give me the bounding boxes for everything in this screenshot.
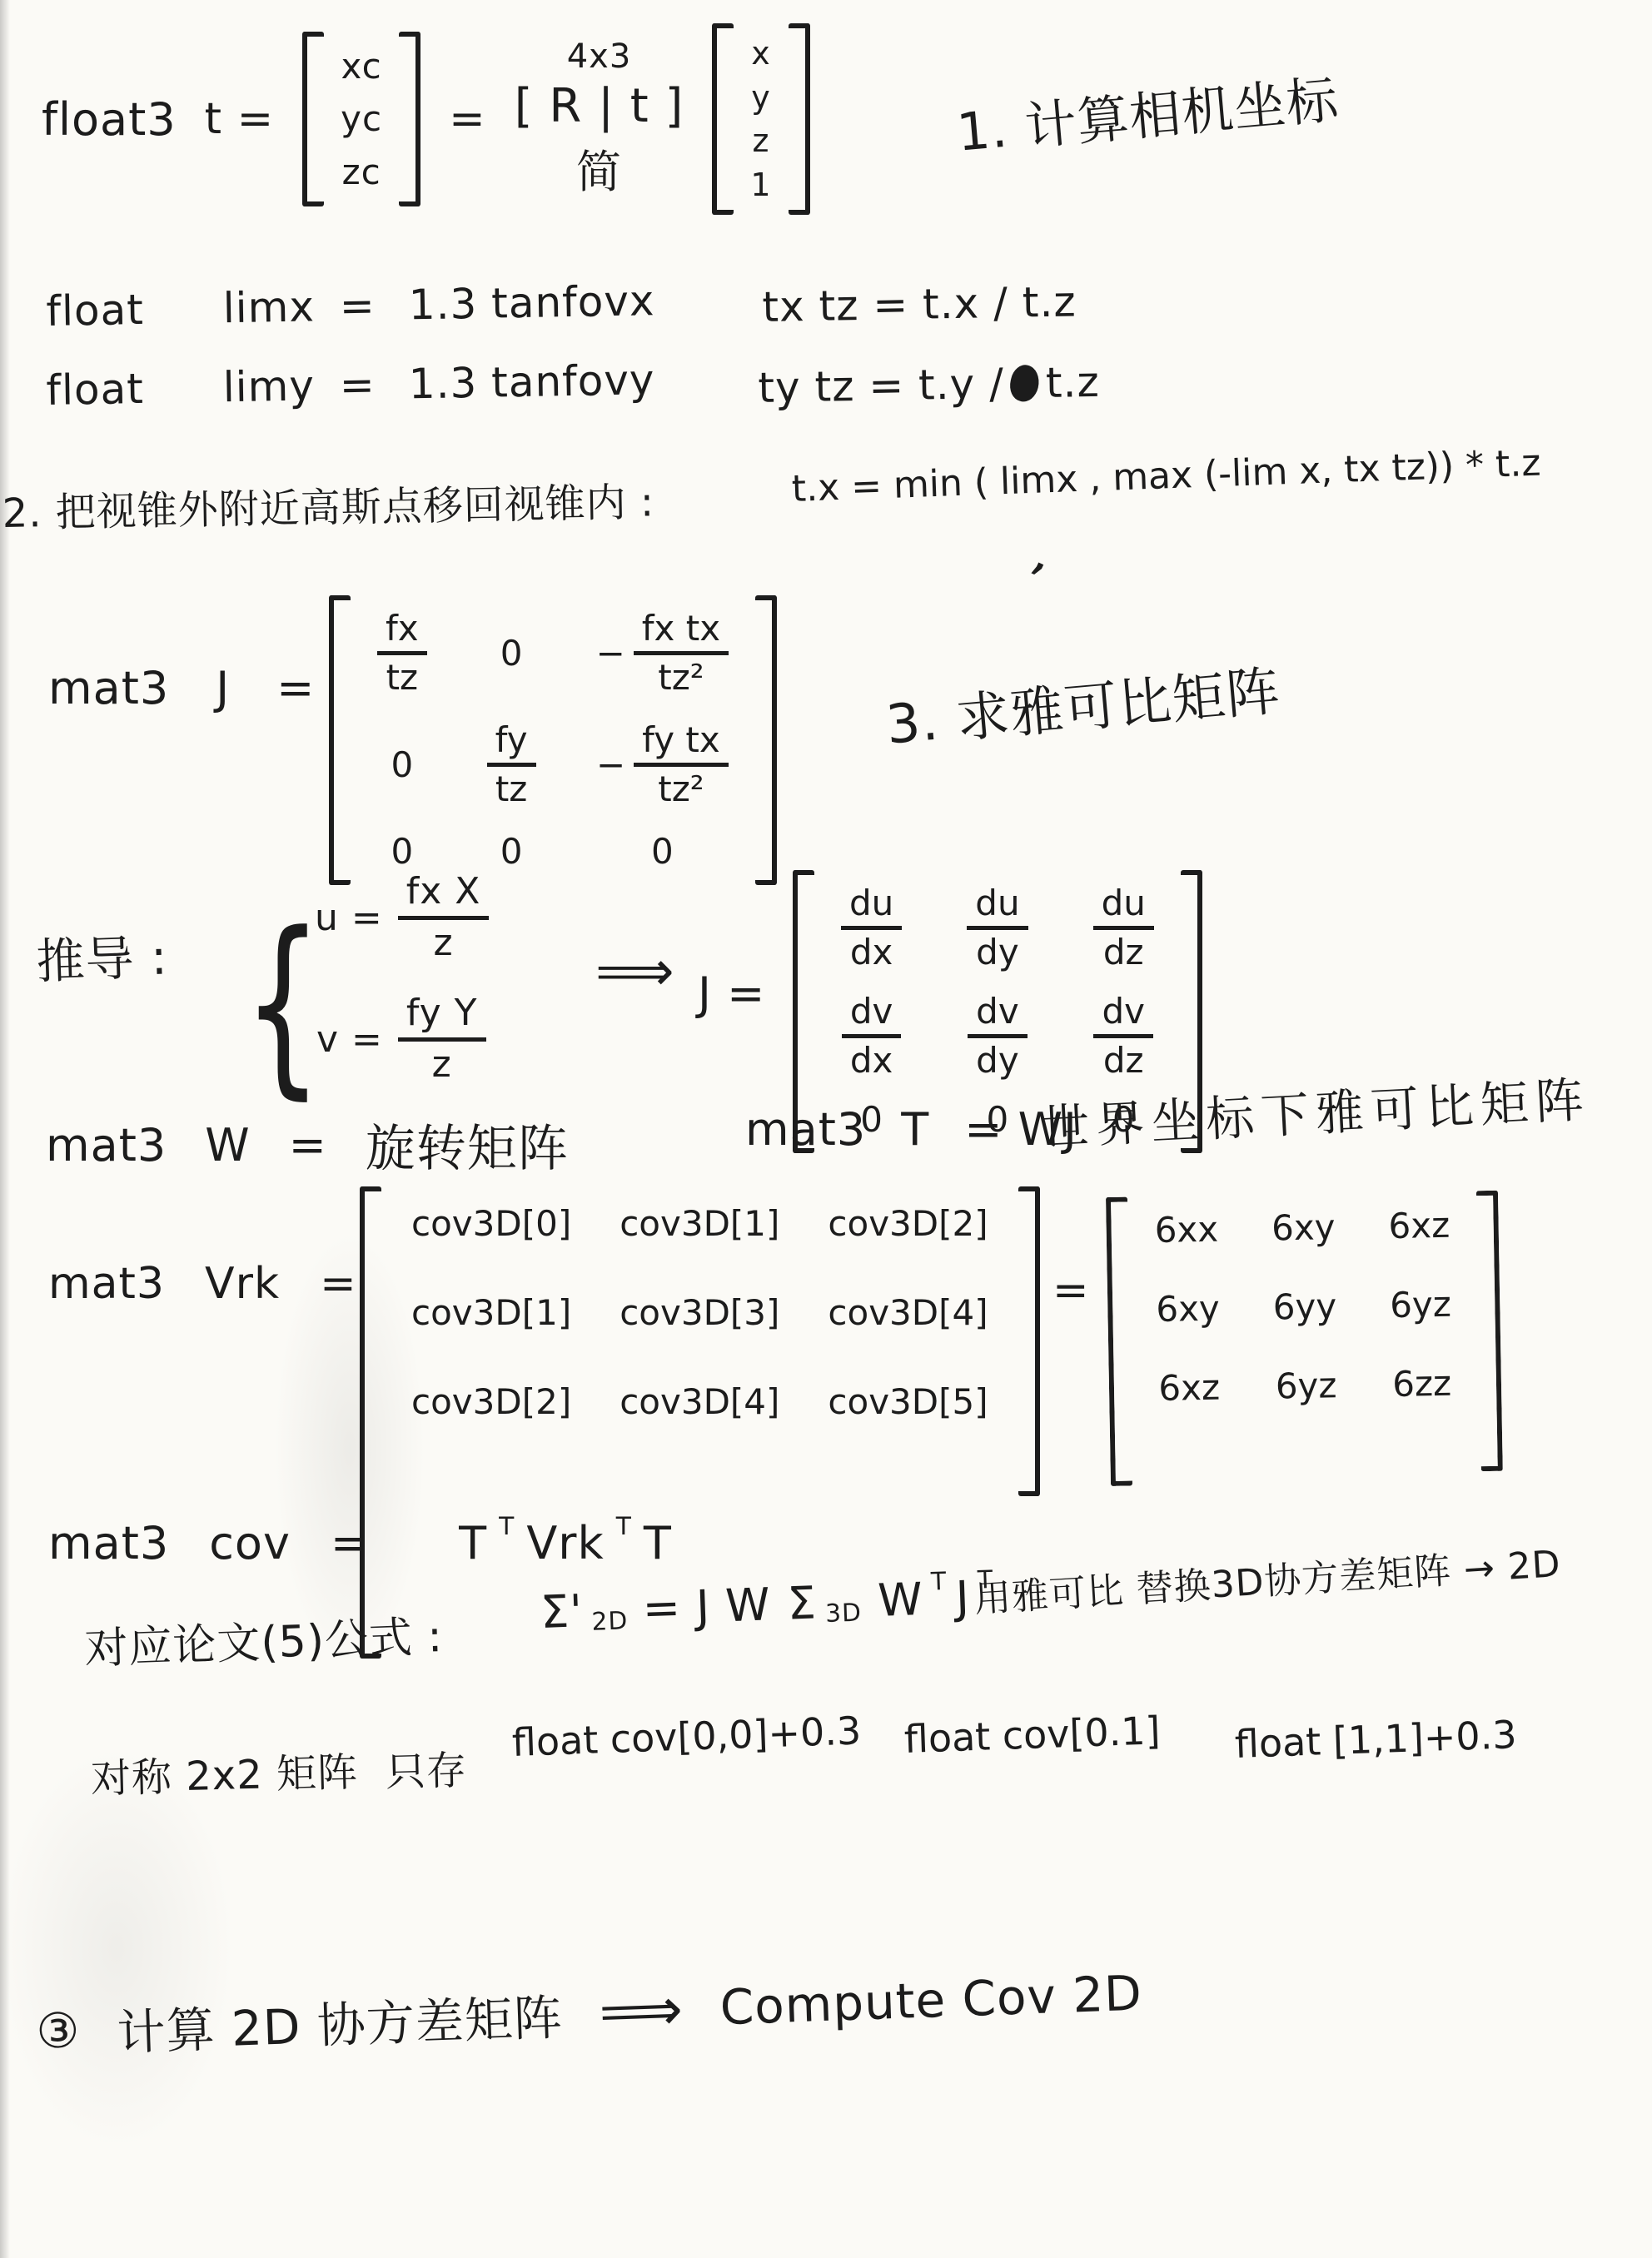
- jacobian-declaration: mat3 J =: [48, 662, 315, 714]
- type-decl: float: [46, 365, 144, 415]
- step3-note: 3. 求雅可比矩阵: [883, 649, 1283, 759]
- matrix-cell: dudx: [841, 883, 902, 973]
- subscript: 3D: [825, 1599, 863, 1629]
- scribble-mark: [1007, 362, 1042, 405]
- vector-entry: x: [751, 35, 771, 72]
- txtz-equation: tx tz = t.x / t.z: [762, 277, 1077, 331]
- matrix-cell: cov3D[4]: [828, 1292, 988, 1333]
- type-decl: float3: [42, 93, 177, 146]
- vector-entry: z: [752, 122, 769, 159]
- step1-note: 1. 计算相机坐标: [953, 58, 1341, 166]
- equation-lhs: u =: [315, 897, 383, 939]
- type-decl: mat3: [48, 1517, 169, 1569]
- equals-sign: =: [449, 94, 486, 144]
- var-value: 1.3 tanfovy: [408, 356, 655, 408]
- vector-entry: zc: [342, 152, 381, 192]
- frac-num: du: [967, 883, 1028, 930]
- world-vector: x y z 1: [712, 23, 809, 215]
- bracket-left: [302, 32, 324, 206]
- frac-den: dz: [1103, 930, 1144, 972]
- curly-brace: {: [243, 893, 322, 1117]
- equals-sign: =: [276, 662, 315, 714]
- step2-note: 2. 把视锥外附近高斯点移回视锥内 :: [2, 470, 655, 539]
- bracket-left: [360, 1186, 381, 1659]
- compute-code: Compute Cov 2D: [719, 1965, 1143, 2037]
- symmetric-matrix-note: 对称 2x2 矩阵: [90, 1740, 359, 1804]
- cov-declaration: mat3 cov = T T Vrk T T: [48, 1517, 672, 1569]
- bracket-right: [399, 32, 420, 206]
- frac-den: dx: [850, 930, 893, 972]
- term: T: [459, 1517, 487, 1569]
- u-equation: u = fx Xz: [315, 871, 489, 964]
- bracket-left: [329, 595, 351, 885]
- minus-sign: −: [596, 744, 625, 785]
- store-only-note: 只存: [385, 1738, 468, 1798]
- equation-lhs: t =: [205, 94, 275, 144]
- cell-text: 0: [391, 831, 413, 872]
- matrix-cell: cov3D[2]: [411, 1381, 571, 1422]
- frac-den: tz²: [658, 655, 704, 698]
- minus-sign: −: [596, 633, 625, 674]
- bracket-left: [1106, 1197, 1132, 1486]
- rt-matrix: [ R | t ]: [515, 79, 684, 133]
- matrix-cell: 6yz: [1275, 1365, 1336, 1406]
- rt-annotation: 简: [576, 137, 622, 201]
- paper-smudge: [0, 1748, 233, 2148]
- matrix-cell: − fy txtz²: [596, 720, 729, 810]
- stray-comma: ,: [1024, 522, 1067, 585]
- bracket-right: [755, 595, 777, 885]
- frac-den: tz²: [658, 767, 704, 809]
- cell-text: 0: [391, 744, 413, 785]
- equals-sign: =: [320, 1259, 357, 1309]
- frac-num: fx: [377, 609, 427, 655]
- matrix-cell: 0: [391, 744, 413, 785]
- matrix-cell: − fx txtz²: [596, 609, 729, 699]
- vector-entry: y: [751, 79, 771, 116]
- matrix-cell: dudy: [967, 883, 1028, 973]
- rotation-note: 旋转矩阵: [366, 1109, 569, 1181]
- circled-step-number: ③: [35, 2002, 81, 2060]
- matrix-cell: cov3D[4]: [619, 1381, 779, 1422]
- frac-num: dv: [968, 992, 1028, 1038]
- compute-label: 计算 2D 协方差矩阵: [116, 1978, 564, 2064]
- term: W: [877, 1573, 924, 1627]
- vector-entry: 1: [750, 167, 771, 203]
- rotation-matrix-declaration: mat3 W = 旋转矩阵: [46, 1109, 569, 1181]
- matrix-cell: 0: [500, 831, 523, 872]
- notes-page: float3 t = xc yc zc = 4x3 [ R | t ] 简 x …: [0, 0, 1652, 2258]
- jacobian-matrix: fxtz 0 − fx txtz² 0 fytz − fy txtz² 0 0 …: [329, 595, 777, 885]
- term: T: [644, 1517, 672, 1569]
- compute-cov2d-line: ③ 计算 2D 协方差矩阵 ⟹ Compute Cov 2D: [35, 1958, 1143, 2067]
- frac-num: dv: [1093, 992, 1153, 1038]
- matrix-cell: fxtz: [377, 609, 427, 699]
- frac-num: dv: [842, 992, 902, 1038]
- var-name: limx: [222, 282, 315, 332]
- matrix-cell: 6xy: [1271, 1206, 1336, 1248]
- frac-den: dy: [976, 930, 1019, 972]
- t-matrix-declaration: mat3 T = WJ: [745, 1103, 1077, 1156]
- matrix-cell: 6xz: [1388, 1205, 1450, 1246]
- matrix-cell: fytz: [487, 720, 536, 810]
- vrk-declaration: mat3 Vrk =: [48, 1259, 357, 1309]
- cov01-code: float cov[0.1]: [903, 1708, 1161, 1762]
- matrix-cell: dvdx: [842, 992, 902, 1082]
- implies-arrow: ⟹: [598, 1975, 684, 2046]
- paper-formula-label: 对应论文(5)公式 :: [83, 1601, 444, 1676]
- var-value: 1.3 tanfovx: [408, 276, 655, 329]
- matrix-cell: cov3D[3]: [619, 1292, 779, 1333]
- matrix-cell: cov3D[1]: [411, 1292, 571, 1333]
- bracket-right: [1018, 1186, 1040, 1496]
- j-lhs: J =: [698, 967, 765, 1020]
- matrix-cell: cov3D[5]: [828, 1381, 988, 1422]
- type-decl: mat3: [46, 1119, 167, 1171]
- equals-sign: =: [1052, 1266, 1090, 1316]
- matrix-cell: dudz: [1093, 883, 1154, 973]
- vector-entry: yc: [341, 98, 382, 139]
- transpose-sup: T: [616, 1512, 632, 1541]
- equation-lhs: v =: [316, 1018, 383, 1061]
- matrix-cell: 6yz: [1390, 1284, 1451, 1325]
- bracket-right: [789, 23, 810, 215]
- equation-text: t.z: [1045, 358, 1100, 407]
- matrix-cell: 6xz: [1158, 1367, 1220, 1409]
- cov00-code: float cov[0,0]+0.3: [511, 1708, 862, 1765]
- cell-text: 0: [500, 633, 523, 674]
- subscript: 2D: [591, 1606, 629, 1637]
- bracket-left: [712, 23, 734, 215]
- matrix-cell: cov3D[0]: [411, 1203, 571, 1244]
- matrix-cell: 6yy: [1272, 1286, 1336, 1327]
- frac-num: du: [841, 883, 902, 930]
- equals-sign: =: [289, 1119, 327, 1171]
- frac-den: z: [432, 1042, 452, 1087]
- cell-text: 0: [500, 831, 523, 872]
- tytz-equation: ty tz = t.y / t.z: [758, 358, 1100, 412]
- transpose-sup: T: [930, 1567, 947, 1597]
- limx-declaration: float limx = 1.3 tanfovx: [46, 276, 655, 336]
- sigma: Σ: [786, 1576, 817, 1629]
- implies-arrow: ⟹: [595, 939, 675, 1003]
- var-name: J: [216, 662, 230, 714]
- cov-rhs: T T Vrk T T: [459, 1517, 672, 1569]
- var-name: T: [901, 1103, 929, 1156]
- camera-vector: xc yc zc: [302, 32, 420, 206]
- frac-num: du: [1093, 883, 1154, 930]
- matrix-cell: dvdz: [1093, 992, 1153, 1082]
- v-equation: v = fy Yz: [316, 992, 486, 1086]
- cell-text: 0: [651, 831, 674, 872]
- equals-sign: =: [339, 361, 376, 410]
- matrix-cell: dvdy: [968, 992, 1028, 1082]
- type-decl: mat3: [48, 662, 169, 714]
- camera-coord-equation: float3 t = xc yc zc = 4x3 [ R | t ] 简 x …: [42, 23, 810, 215]
- type-decl: mat3: [745, 1103, 866, 1156]
- frac-den: dy: [976, 1038, 1019, 1081]
- type-decl: float: [46, 286, 144, 336]
- derivation-label: 推导 :: [35, 918, 169, 992]
- equation-mid: = J W: [642, 1578, 772, 1634]
- vector-entry: xc: [341, 46, 382, 87]
- term: J: [955, 1571, 971, 1624]
- matrix-cell: 0: [391, 831, 413, 872]
- var-name: W: [205, 1119, 250, 1171]
- frac-num: fy: [487, 720, 536, 767]
- jacobian-replace-note: 用雅可比 替换3D协方差矩阵 → 2D: [973, 1534, 1562, 1623]
- matrix-cell: 6xx: [1154, 1209, 1218, 1251]
- matrix-cell: cov3D[2]: [828, 1203, 988, 1244]
- frac-num: fy Y: [398, 992, 486, 1042]
- transpose-sup: T: [499, 1512, 515, 1541]
- limy-declaration: float limy = 1.3 tanfovy: [46, 356, 655, 415]
- var-name: Vrk: [205, 1259, 280, 1309]
- var-name: limy: [222, 361, 315, 411]
- frac-den: z: [434, 920, 454, 965]
- bracket-right: [1475, 1191, 1502, 1471]
- matrix-cell: 0: [651, 831, 674, 872]
- frac-den: tz: [495, 767, 528, 809]
- type-decl: mat3: [48, 1259, 165, 1309]
- matrix-cell: 6xy: [1156, 1288, 1220, 1330]
- frac-num: fy tx: [634, 720, 729, 767]
- matrix-cell: 6zz: [1392, 1363, 1452, 1405]
- equals-sign: =: [339, 281, 376, 331]
- term: Vrk: [526, 1517, 604, 1569]
- sigma-matrix: 6xx 6xy 6xz 6xy 6yy 6yz 6xz 6yz 6zz: [1106, 1191, 1502, 1486]
- equation-text: ty tz = t.y /: [758, 360, 1004, 412]
- clamp-formula: t.x = min ( limx , max (-lim x, tx tz)) …: [791, 442, 1541, 510]
- cov11-code: float [1,1]+0.3: [1234, 1712, 1517, 1767]
- sigma-prime: Σ': [540, 1584, 584, 1639]
- matrix-dim-label: 4x3: [567, 37, 632, 76]
- var-name: cov: [209, 1517, 291, 1569]
- frac-den: dz: [1103, 1038, 1144, 1081]
- rt-matrix-group: 4x3 [ R | t ] 简: [515, 37, 684, 201]
- matrix-cell: 0: [500, 633, 523, 674]
- frac-den: dx: [850, 1038, 893, 1081]
- frac-den: tz: [386, 655, 419, 698]
- frac-num: fx tx: [634, 609, 729, 655]
- equals-sign: =: [331, 1517, 369, 1569]
- frac-num: fx X: [398, 871, 490, 920]
- matrix-cell: cov3D[1]: [619, 1203, 779, 1244]
